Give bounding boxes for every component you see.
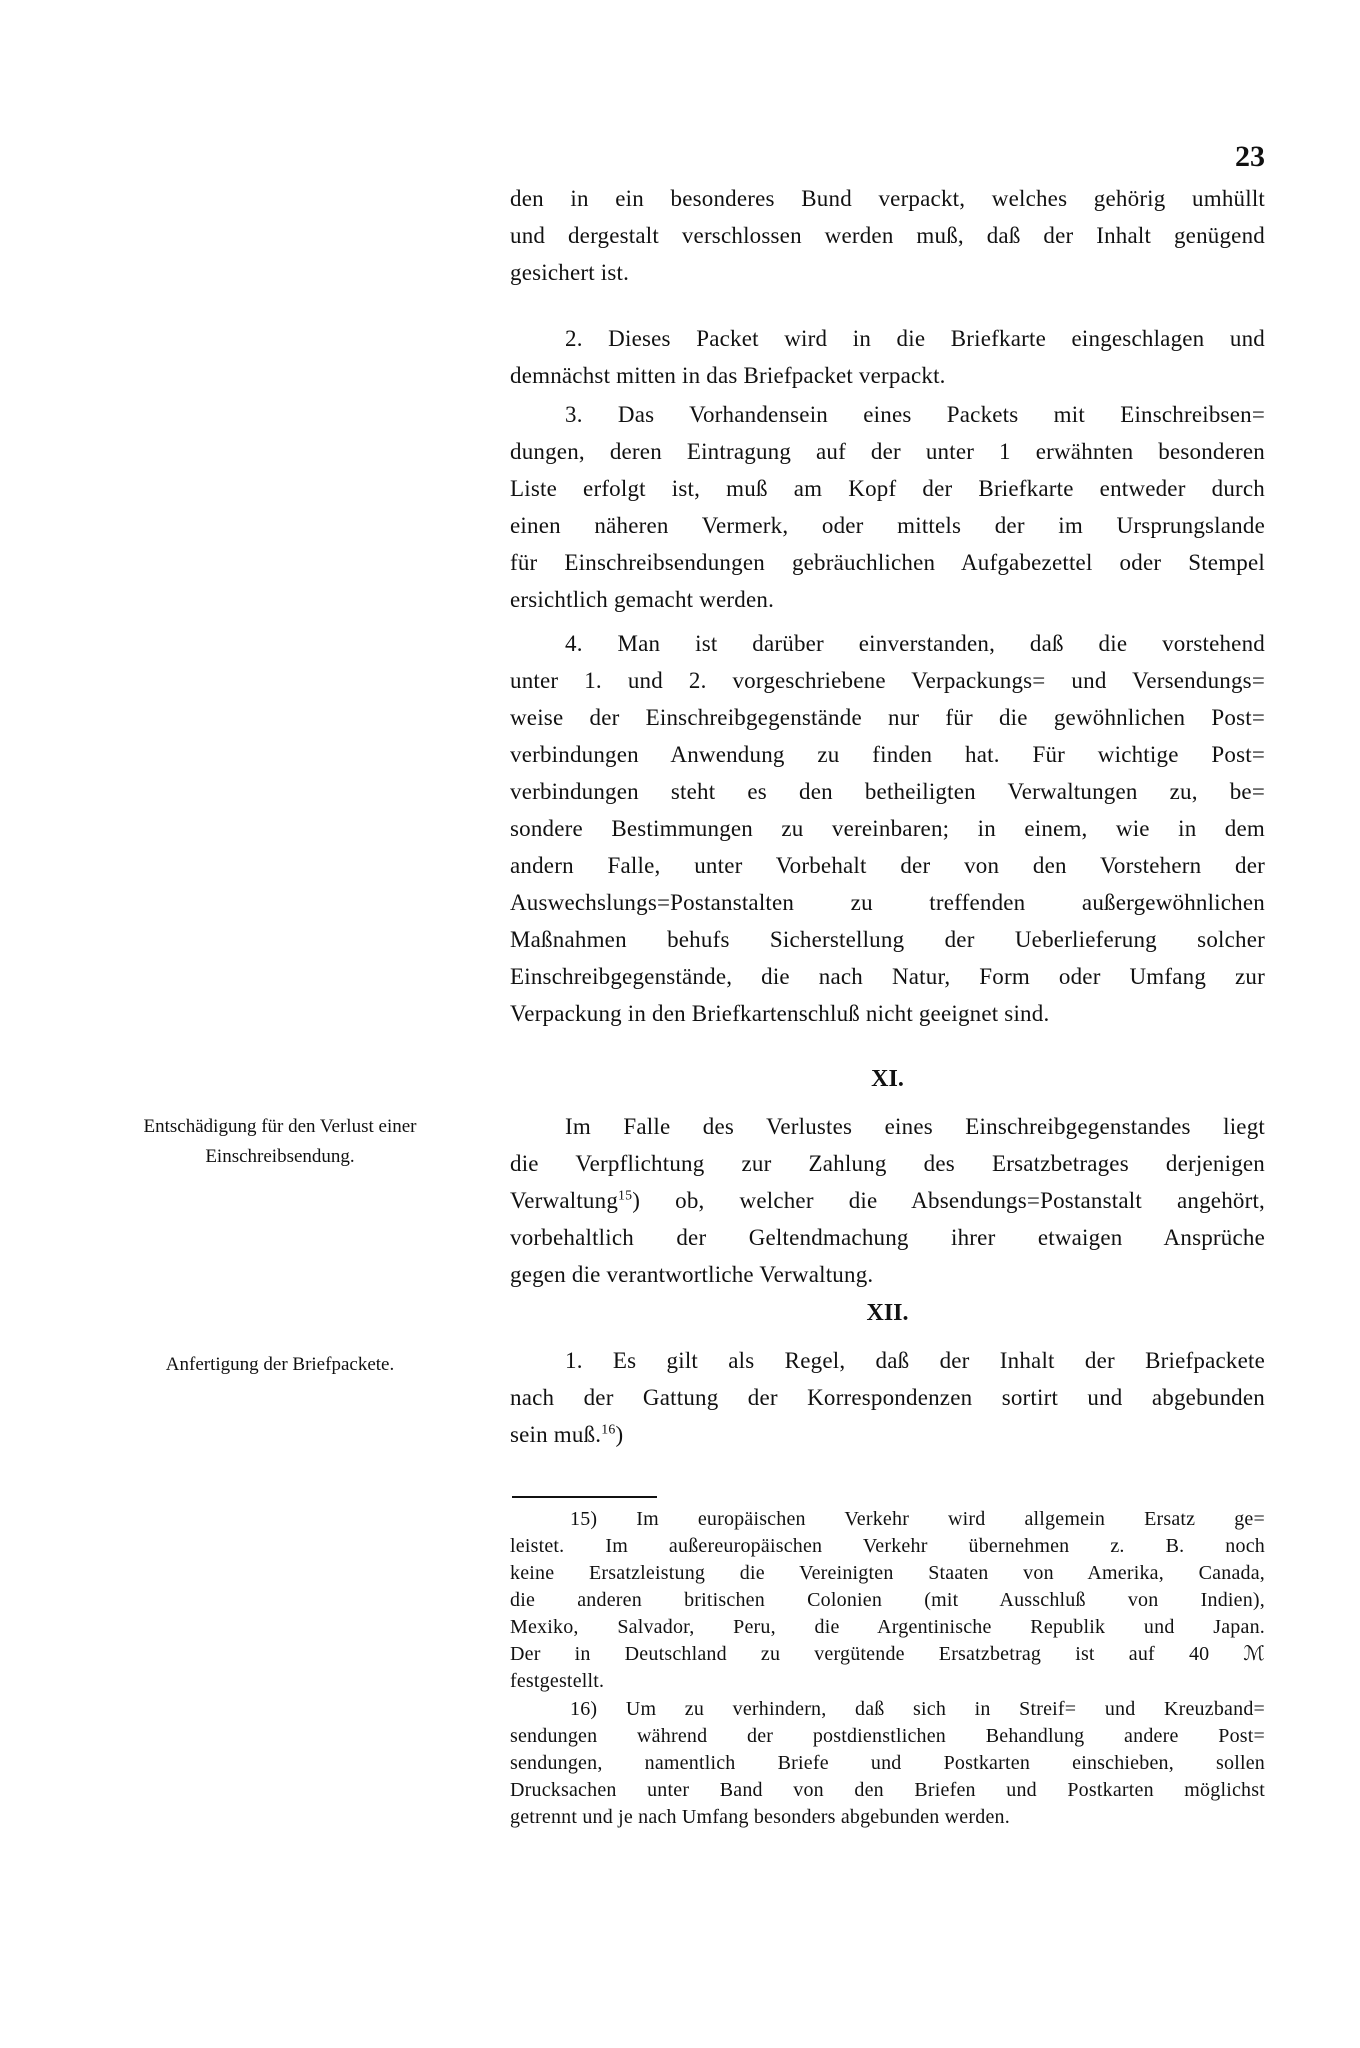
footnote-15: 15) Im europäischen Verkehr wird allgeme…	[510, 1506, 1265, 1695]
text-line: Verwaltung15) ob, welcher die Absendungs…	[510, 1182, 1265, 1219]
text-line: Maßnahmen behufs Sicherstellung der Uebe…	[510, 921, 1265, 958]
item-4-paragraph: 4. Man ist darüber einverstanden, daß di…	[510, 625, 1265, 1032]
text-line: 2. Dieses Packet wird in die Briefkarte …	[510, 320, 1265, 357]
text-line: demnächst mitten in das Briefpacket verp…	[510, 357, 1265, 394]
text-line: andern Falle, unter Vorbehalt der von de…	[510, 847, 1265, 884]
section-heading-xii: XII.	[510, 1300, 1265, 1327]
text-fragment: sein muß.	[510, 1422, 601, 1447]
margin-note-xi: Entschädigung für den Verlust einer Eins…	[70, 1112, 490, 1172]
text-line: weise der Einschreibgegenstände nur für …	[510, 699, 1265, 736]
text-line: dungen, deren Eintragung auf der unter 1…	[510, 433, 1265, 470]
text-line: sondere Bestimmungen zu vereinbaren; in …	[510, 810, 1265, 847]
text-line: 3. Das Vorhandensein eines Packets mit E…	[510, 396, 1265, 433]
text-line: 15) Im europäischen Verkehr wird allgeme…	[510, 1506, 1265, 1533]
text-line: sein muß.16)	[510, 1416, 1265, 1453]
text-line: vorbehaltlich der Geltendmachung ihrer e…	[510, 1219, 1265, 1256]
text-line: unter 1. und 2. vorgeschriebene Verpacku…	[510, 662, 1265, 699]
text-line: 16) Um zu verhindern, daß sich in Streif…	[510, 1696, 1265, 1723]
text-line: verbindungen steht es den betheiligten V…	[510, 773, 1265, 810]
section-xii-paragraph: 1. Es gilt als Regel, daß der Inhalt der…	[510, 1342, 1265, 1453]
text-line: Liste erfolgt ist, muß am Kopf der Brief…	[510, 470, 1265, 507]
footnote-ref-16[interactable]: 16	[601, 1421, 615, 1436]
text-line: für Einschreibsendungen gebräuchlichen A…	[510, 544, 1265, 581]
text-line: 4. Man ist darüber einverstanden, daß di…	[510, 625, 1265, 662]
text-line: nach der Gattung der Korrespondenzen sor…	[510, 1379, 1265, 1416]
text-line: den in ein besonderes Bund verpackt, wel…	[510, 180, 1265, 217]
text-line: Verpackung in den Briefkartenschluß nich…	[510, 995, 1265, 1032]
text-line: Mexiko, Salvador, Peru, die Argentinisch…	[510, 1614, 1265, 1641]
text-line: sendungen während der postdienstlichen B…	[510, 1723, 1265, 1750]
footnote-16: 16) Um zu verhindern, daß sich in Streif…	[510, 1696, 1265, 1831]
text-line: Auswechslungs=Postanstalten zu treffende…	[510, 884, 1265, 921]
section-xi-paragraph: Im Falle des Verlustes eines Einschreibg…	[510, 1108, 1265, 1293]
footnote-separator	[512, 1496, 657, 1498]
text-line: festgestellt.	[510, 1668, 1265, 1695]
continuation-paragraph: den in ein besonderes Bund verpackt, wel…	[510, 180, 1265, 291]
text-line: und dergestalt verschlossen werden muß, …	[510, 217, 1265, 254]
margin-note-line: Einschreibsendung.	[70, 1142, 490, 1172]
text-line: gesichert ist.	[510, 254, 1265, 291]
page-number: 23	[1215, 140, 1265, 174]
text-line: Der in Deutschland zu vergütende Ersatzb…	[510, 1641, 1265, 1668]
text-line: gegen die verantwortliche Verwaltung.	[510, 1256, 1265, 1293]
margin-note-line: Entschädigung für den Verlust einer	[70, 1112, 490, 1142]
text-line: Einschreibgegenstände, die nach Natur, F…	[510, 958, 1265, 995]
text-line: ersichtlich gemacht werden.	[510, 581, 1265, 618]
text-line: sendungen, namentlich Briefe und Postkar…	[510, 1750, 1265, 1777]
text-line: die anderen britischen Colonien (mit Aus…	[510, 1587, 1265, 1614]
text-line: verbindungen Anwendung zu finden hat. Fü…	[510, 736, 1265, 773]
text-line: Drucksachen unter Band von den Briefen u…	[510, 1777, 1265, 1804]
section-heading-xi: XI.	[510, 1066, 1265, 1093]
text-line: leistet. Im außereuropäischen Verkehr üb…	[510, 1533, 1265, 1560]
text-fragment: Verwaltung	[510, 1188, 618, 1213]
text-line: Im Falle des Verlustes eines Einschreibg…	[510, 1108, 1265, 1145]
text-fragment: ) ob, welcher die Absendungs=Postanstalt…	[632, 1188, 1265, 1213]
text-line: getrennt und je nach Umfang besonders ab…	[510, 1804, 1265, 1831]
item-3-paragraph: 3. Das Vorhandensein eines Packets mit E…	[510, 396, 1265, 618]
item-2-paragraph: 2. Dieses Packet wird in die Briefkarte …	[510, 320, 1265, 394]
text-fragment: )	[615, 1422, 623, 1447]
text-line: die Verpflichtung zur Zahlung des Ersatz…	[510, 1145, 1265, 1182]
footnote-ref-15[interactable]: 15	[618, 1187, 632, 1202]
text-line: keine Ersatzleistung die Vereinigten Sta…	[510, 1560, 1265, 1587]
text-line: 1. Es gilt als Regel, daß der Inhalt der…	[510, 1342, 1265, 1379]
text-line: einen näheren Vermerk, oder mittels der …	[510, 507, 1265, 544]
margin-note-xii: Anfertigung der Briefpackete.	[70, 1350, 490, 1380]
